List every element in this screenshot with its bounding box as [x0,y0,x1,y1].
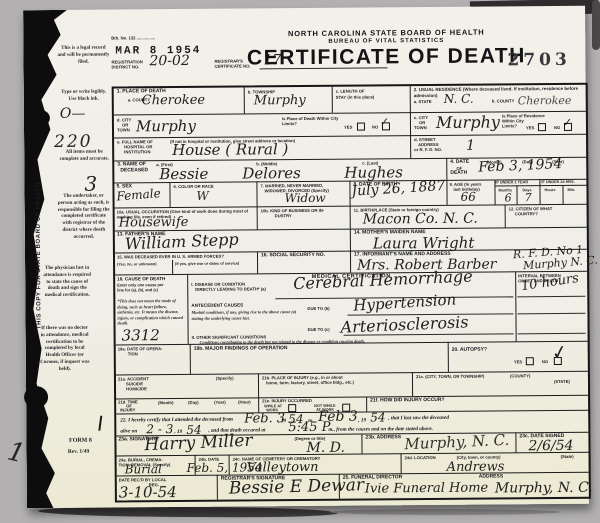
antecedent-note: Morbid conditions, if any, giving rise t… [191,309,299,321]
funeral-director-address-value: Murphy, N. C. [495,480,593,497]
margin-revision: Rev. 1/49 [58,449,98,457]
ssn-label: 16. SOCIAL SECURITY NO. [261,253,325,259]
margin-form-number: FORM 8 [60,437,100,445]
armed-forces-sub-2: (If yes, give war or dates of service) [175,261,255,266]
residence-county-label: b. COUNTY [492,98,515,103]
industry-label-1: 10b. KIND OF BUSINESS OR IN- [261,208,325,214]
death-limits-yes-label: YES [344,125,352,130]
days-value: 7 [524,191,531,204]
accident-label-3: HOMICIDE [126,386,147,391]
due-to-c-label: DUE TO (c) [308,327,330,332]
certify-text-2: , 19 [278,418,286,424]
cause-a-value: Cerebral Hemorrhage [293,266,473,293]
antecedent-label: ANTECEDENT CAUSES [191,302,243,308]
stray-pen-mark: 1 [5,436,28,469]
hours-label: Hours [544,188,555,193]
degree-value: M. D. [306,440,345,456]
street-label-3: or R. F. D. NO. [414,147,442,152]
residence-city-label-3: TOWN [414,125,427,130]
father-value: William Stepp [124,230,238,254]
residence-limits-question: Is Place of Residence Within City [502,113,558,124]
autopsy-yes-label: YES [514,359,522,364]
last-name-value: Hughes [344,163,403,181]
cemetery-value: Valleytown [247,460,319,476]
burial-value: Burial [125,462,162,476]
margin-note-type: Type or write legibly. Use black ink. [60,90,108,104]
name-label-2: DECEASED [120,168,148,174]
death-limits-yes-checkbox [357,123,365,131]
cause-label: 18. CAUSE OF DEATH [117,276,165,282]
place-of-injury-label-2: home, farm, factory, street, office bldg… [266,380,354,386]
residence-state-label: a. STATE [414,99,432,104]
date-of-death-value: Feb 3, 1954 [478,156,563,176]
injury-hour-label: (Hour) [238,399,251,404]
margin-handwriting-o: O— [60,106,86,122]
autopsy-yes-checkbox [526,357,534,365]
residence-county-value: Cherokee [518,94,572,107]
institution-value: House ( Rural ) [172,140,288,159]
disease-label-2: DIRECTLY LEADING TO DEATH* (a) [195,286,266,292]
burial-location-state: (State) [561,454,574,459]
certify-to-year: 54 [370,410,385,424]
under-1-year-label: IF UNDER 1 YEAR [495,180,528,185]
under-24-hrs-label: IF UNDER 24 HRS. [541,180,574,185]
due-to-b-label: DUE TO (b) [307,306,329,311]
scan-shadow-bottom-right [330,509,560,515]
residence-state-value: N. C. [444,92,474,106]
registration-label-2: DISTRICT NO. [111,64,139,69]
certificate-serial-number: 2703 [507,50,570,70]
injury-state-label: (STATE) [554,379,570,384]
injury-occurred-label: 21e. INJURY OCCURRED [262,398,312,403]
scan-artifact-right-edge [592,0,600,50]
injury-year-label: (Year) [214,400,226,405]
punch-hole-bottom [24,386,48,408]
margin-note-physician: The physician last in attendance is requ… [43,266,91,300]
institution-label-3: INSTITUTION [124,149,150,154]
scan-shadow-bottom [38,506,338,518]
months-value: 6 [504,191,511,204]
age-value: 66 [460,190,475,204]
cause-enter-note-2: line for (a), (b), and (c) [117,288,158,293]
form-grid: 1. PLACE OF DEATH a. COUNTY Cherokee b. … [112,83,591,503]
margin-note-undertaker: The undertaker, or person acting as such… [56,194,110,242]
certify-text-4: , 19 [358,418,366,424]
city-value: Murphy [136,117,196,135]
accident-specify-label: (Specify) [216,376,234,381]
certificate-paper: This is a legal record and will be perma… [23,6,589,508]
margin-note-legal: This is a legal record and will be perma… [57,46,109,67]
date-received-value: 3-10-54 [119,483,177,501]
sex-value: Female [116,186,161,203]
certify-text-6: alive on [120,428,137,434]
certify-text-1: 22. I hereby certify that I attended the… [120,417,233,424]
death-limits-question-2: Limits? [282,121,297,126]
operation-date-label-1: 19a. DATE OF OPERA- [118,346,163,351]
date-signed-value: 2/6/54 [528,438,573,454]
margin-note-doctor: If there was no doctor in attendance, me… [40,326,90,374]
scanned-document-background: 1 This is a legal record and will be per… [0,0,600,523]
certify-text-9: m., from the causes and on the date stat… [328,426,433,433]
time-of-injury-label-3: INJURY [120,407,135,412]
margin-note-items: All items must be complete and accurate. [58,150,110,164]
occupation-value: Housewife [119,215,189,231]
certificate-form: Bth. No. 132 ................ MAR 8 1954… [111,26,589,502]
certify-text-5: , that I last saw the deceased [388,415,449,421]
date-received-label-1: DATE REC'D BY LOCAL [119,477,167,482]
death-limits-no-label: NO [372,124,378,129]
minutes-label: Min. [567,188,575,193]
birthplace-value: Macon Co. N. C. [363,211,478,228]
file-number: Bth. No. 132 ................ [111,35,155,40]
header-title: CERTIFICATE OF DEATH [216,44,556,71]
length-of-stay-label-2: STAY (in this place) [336,94,375,99]
margin-vertical-text: THIS COPY FOR STATE BOARD OF HEALTH [36,199,43,329]
injury-month-label: (Month) [158,400,173,405]
torn-edge [23,10,71,508]
autopsy-no-label: NO [542,359,548,364]
date-of-death-label-3: DEATH [450,171,467,177]
residence-limits-yes-label: YES [526,125,534,130]
injury-city-label: 21c. (CITY, TOWN, OR TOWNSHIP) [416,374,485,380]
cause-star-note: *This does not mean the mode of dying, s… [117,298,183,326]
how-injury-label: 21f. HOW DID INJURY OCCUR? [370,398,444,404]
injury-county-label: (COUNTY) [510,373,531,378]
margin-handwriting-3: 3 [84,172,97,196]
race-value: W [196,189,208,203]
city-label-3: TOWN [117,127,130,132]
punch-hole-top [32,110,50,126]
first-name-value: Bessie [159,165,208,183]
autopsy-no-check: ✓ [550,340,570,365]
burial-location-label: 24d. LOCATION [405,455,436,460]
certify-time-of-death: 5:45 P [288,420,330,435]
date-of-death-label-1: 4. DATE [450,160,469,166]
residence-limits-question-2: Limits? [502,123,517,128]
operation-date-label-2: TION [128,351,138,356]
township-value: Murphy [254,93,306,108]
funeral-director-value: Ivie Funeral Home [365,481,488,497]
industry-label-2: DUSTRY [275,213,292,218]
physician-address-value: Murphy, N. C. [404,431,510,453]
autopsy-label: 20. AUTOPSY? [452,348,487,354]
middle-name-value: Delores [242,164,301,182]
physician-signature: Harry Miller [144,431,253,456]
cause-code-handwriting: 3312 [122,326,160,344]
street-value: 1 [466,138,475,154]
citizen-label-2: COUNTRY? [515,211,538,216]
death-limits-no-check: ✓ [380,115,389,128]
operation-findings-label: 19b. MAJOR FINDINGS OF OPERATION [194,346,288,352]
armed-forces-label: 15. WAS DECEASED EVER IN U. S. ARMED FOR… [117,253,255,259]
residence-limits-no-check: ✓ [563,116,572,129]
injury-day-label: (Day) [188,400,199,405]
residence-city-value: Murphy [436,112,500,132]
residence-limits-no-label: NO [554,125,560,130]
county-value: Cherokee [142,93,205,108]
residence-limits-yes-checkbox [538,123,546,131]
length-of-stay-label-1: c. LENGTH OF [336,89,365,94]
armed-forces-sub-1: (Yes, no, or unknown) [117,262,156,267]
while-at-work-checkbox [288,404,296,412]
mother-value: Laura Wright [373,234,475,253]
physician-address-label: 23b. ADDRESS [365,435,401,441]
margin-arrow-mark [98,416,101,431]
other-conditions-note: Conditions contributing to the death but… [200,338,400,345]
registration-district-value: 20-02 [149,53,189,69]
marital-value: Widow [284,191,325,205]
cause-b-value: Hypertension [353,290,457,314]
